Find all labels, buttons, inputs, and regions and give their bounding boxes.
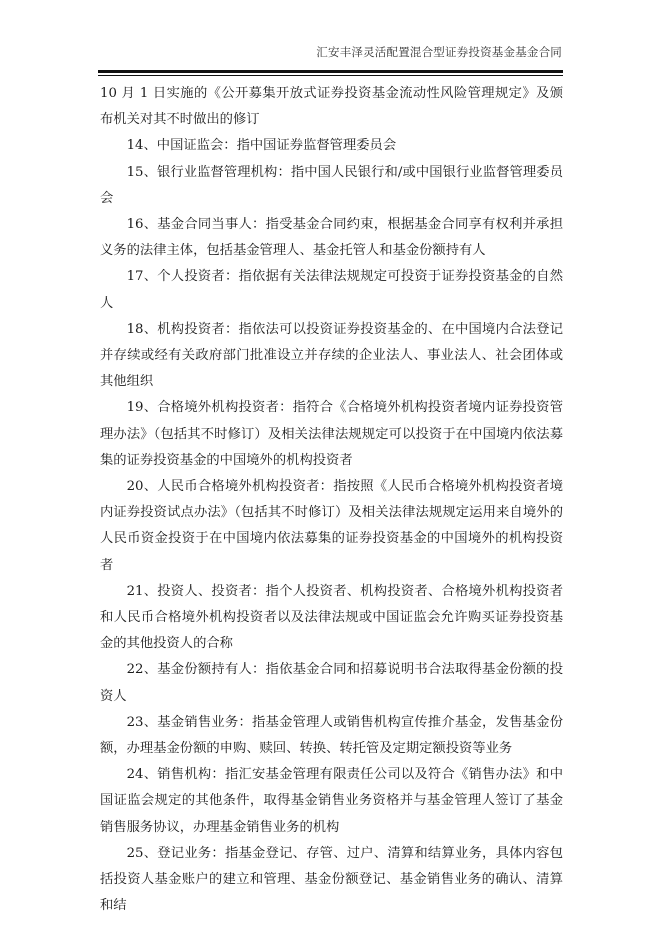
definition-17: 17、个人投资者：指依据有关法律法规规定可投资于证券投资基金的自然人 (100, 264, 563, 316)
definition-15: 15、银行业监督管理机构：指中国人民银行和/或中国银行业监督管理委员会 (100, 160, 563, 212)
definition-22: 22、基金份额持有人：指依基金合同和招募说明书合法取得基金份额的投资人 (100, 657, 563, 709)
definition-14: 14、中国证监会：指中国证券监督管理委员会 (100, 133, 563, 159)
definition-18: 18、机构投资者：指依法可以投资证券投资基金的、在中国境内合法登记并存续或经有关… (100, 317, 563, 396)
definition-16: 16、基金合同当事人：指受基金合同约束，根据基金合同享有权利并承担义务的法律主体… (100, 212, 563, 264)
paragraph-continuation: 10 月 1 日实施的《公开募集开放式证券投资基金流动性风险管理规定》及颁布机关… (100, 81, 563, 133)
header-rule-thick (98, 70, 563, 73)
document-body: 10 月 1 日实施的《公开募集开放式证券投资基金流动性风险管理规定》及颁布机关… (100, 81, 563, 920)
definition-24: 24、销售机构：指汇安基金管理有限责任公司以及符合《销售办法》和中国证监会规定的… (100, 762, 563, 841)
definition-21: 21、投资人、投资者：指个人投资者、机构投资者、合格境外机构投资者和人民币合格境… (100, 579, 563, 658)
running-header-title: 汇安丰泽灵活配置混合型证券投资基金基金合同 (316, 44, 562, 60)
definition-25: 25、登记业务：指基金登记、存管、过户、清算和结算业务，具体内容包括投资人基金账… (100, 841, 563, 920)
header-rule-thin (98, 75, 563, 76)
definition-20: 20、人民币合格境外机构投资者：指按照《人民币合格境外机构投资者境内证券投资试点… (100, 474, 563, 579)
definition-23: 23、基金销售业务：指基金管理人或销售机构宣传推介基金，发售基金份额，办理基金份… (100, 710, 563, 762)
definition-19: 19、合格境外机构投资者：指符合《合格境外机构投资者境内证券投资管理办法》（包括… (100, 395, 563, 474)
